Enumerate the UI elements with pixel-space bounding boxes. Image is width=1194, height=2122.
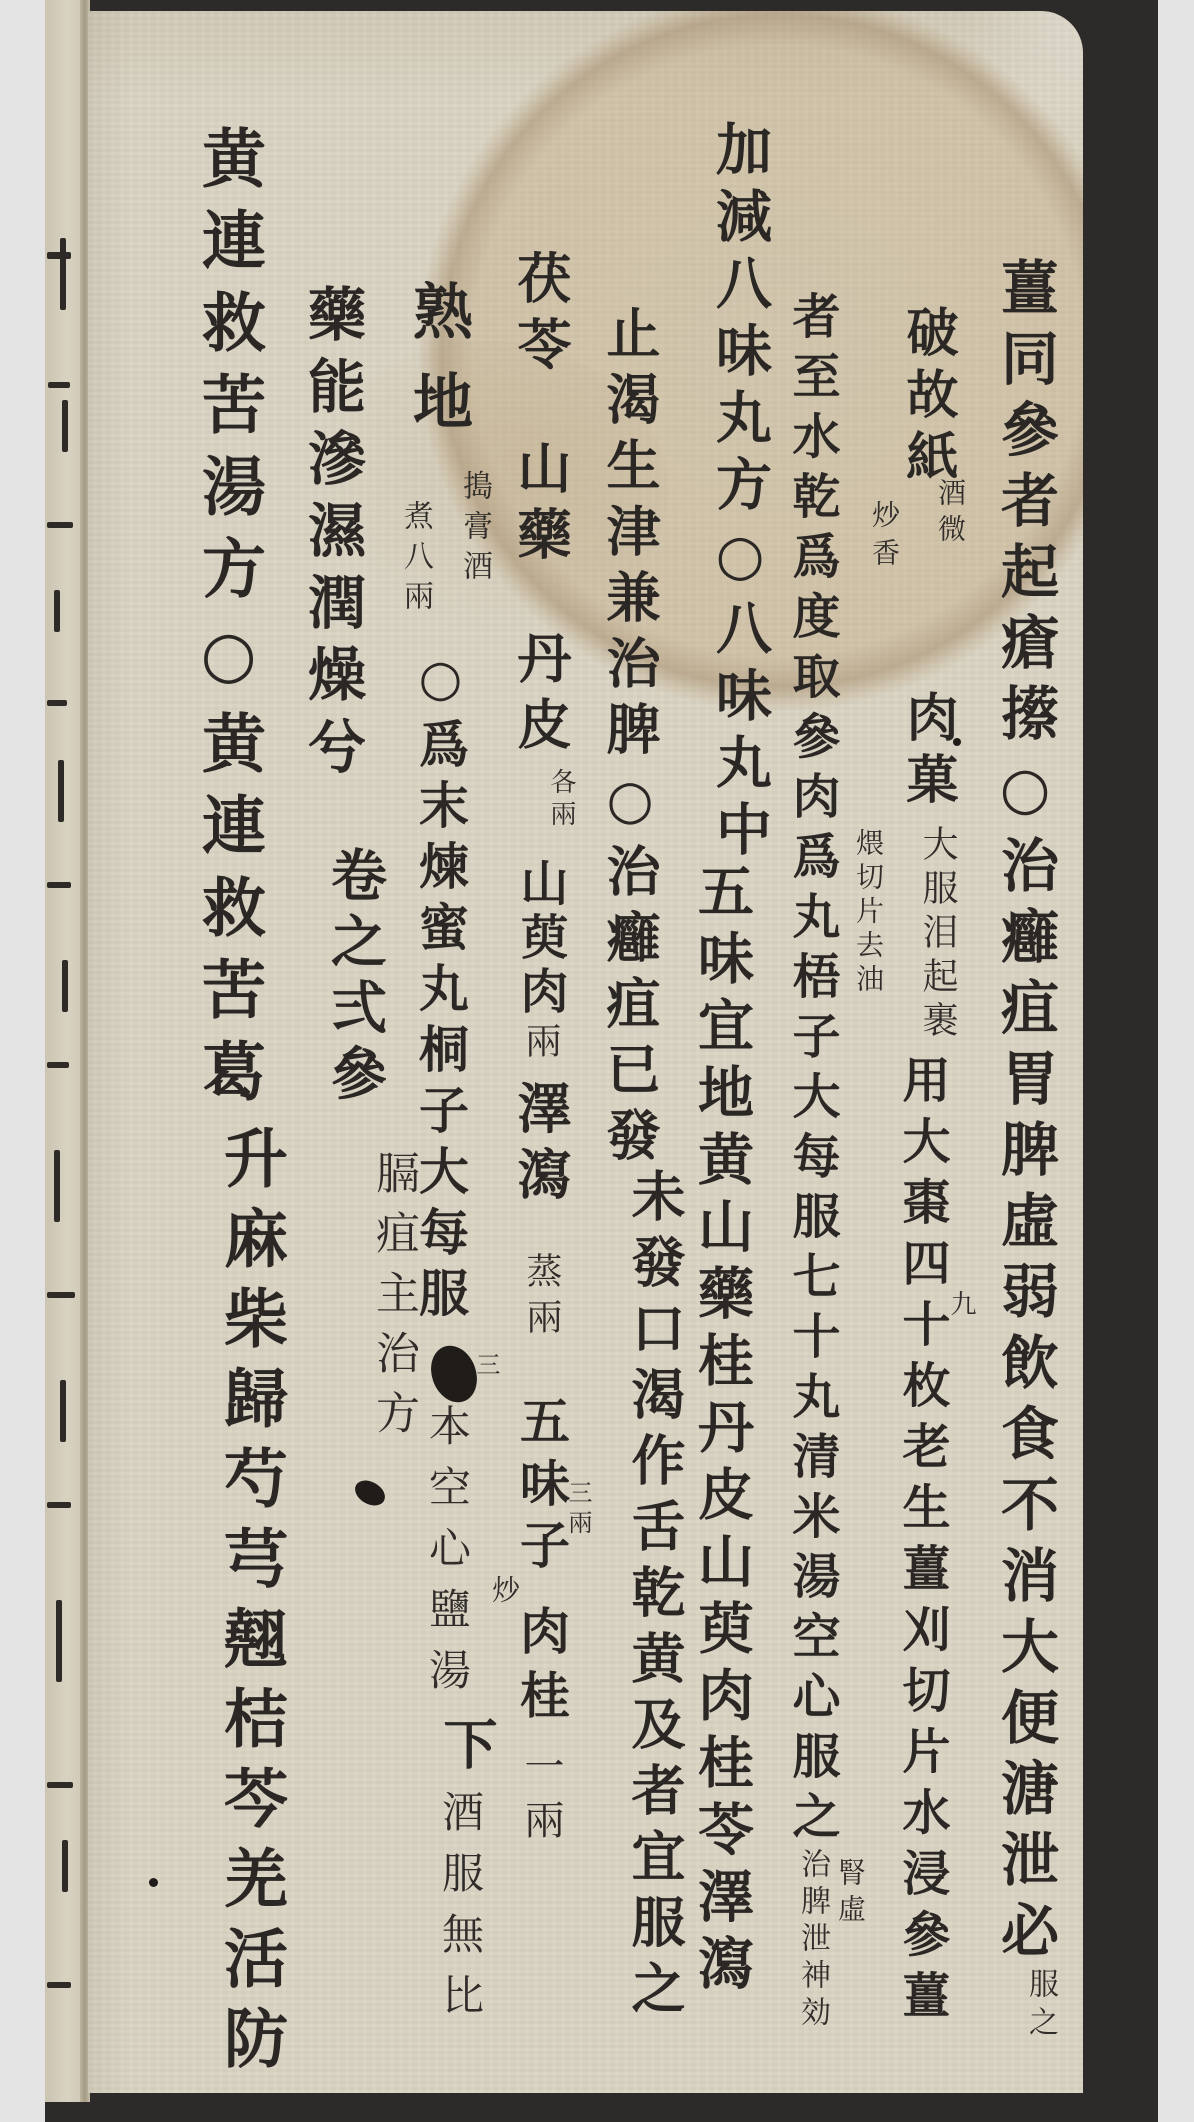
column-6-dosage-note: 蒸兩	[523, 1252, 559, 1344]
neighbor-page-ink-fragment	[60, 1380, 66, 1442]
neighbor-page-ink-fragment	[54, 1150, 60, 1222]
column-2-annotation-left: 炒香	[870, 500, 898, 576]
neighbor-page-ink-fragment	[48, 382, 70, 388]
column-6-ingredient: 山萸肉	[516, 858, 564, 1020]
column-5-main-text-continued: 未發口渴作舌乾黄及者宜服之	[628, 1168, 682, 2026]
neighbor-page-ink-fragment	[47, 1292, 75, 1298]
scan-right-margin	[1158, 0, 1194, 2122]
column-6-ingredient: 澤瀉	[514, 1080, 568, 1212]
neighbor-page-ink-fragment	[62, 400, 68, 452]
ink-dot	[149, 1878, 158, 1887]
column-9-formula-title: 黄連救苦湯方○黄連救苦葛	[196, 125, 260, 1120]
column-3-annotation-right: 腎虛	[836, 1858, 864, 1930]
column-6-ingredient: 丹皮	[514, 630, 568, 762]
column-1-main-text: 薑同參者起瘡攃○治癰疽胃脾虛弱飲食不消大便溏泄必	[996, 257, 1054, 1971]
column-6-preparation-note: 炒	[490, 1575, 518, 1603]
column-2-annotation-left: 煨切片去油	[854, 828, 882, 998]
column-2-main-text: 用大棗四十枚老生薑刈切片水浸參薑	[898, 1055, 946, 2031]
ink-dot	[953, 738, 961, 746]
neighbor-page-ink-fragment	[62, 960, 68, 1012]
column-2-medium-text: 大服泪起裹	[919, 825, 955, 1045]
column-2-herb-name: 破故紙	[901, 305, 953, 491]
column-3-annotation-left: 治脾泄神効	[797, 1848, 827, 2033]
column-1-small-note: 服之	[1025, 1968, 1055, 2044]
column-2-herb-name: 肉菓	[901, 690, 953, 814]
column-8-volume-label: 卷之弍參	[327, 846, 383, 1110]
neighbor-page-ink-fragment	[62, 1840, 68, 1892]
column-6-dosage-note: 各兩	[548, 768, 574, 832]
column-6-ingredient: 茯苓	[514, 250, 568, 382]
column-5-main-text: 止渴生津兼治脾○治癰疽已發	[603, 305, 657, 1173]
neighbor-page-ink-fragment	[47, 252, 71, 259]
column-6-dosage-note: 三兩	[566, 1480, 590, 1540]
neighbor-page-ink-fragment	[58, 760, 64, 822]
neighbor-page-ink-fragment	[47, 522, 73, 528]
column-6-ingredient: 五味子	[516, 1395, 566, 1581]
column-7-medium-text: 本空心鹽湯	[426, 1404, 468, 1709]
column-7-small-note: 三	[474, 1352, 498, 1376]
neighbor-page-ink-fragment	[47, 1502, 71, 1508]
column-6-ingredient: 肉桂	[516, 1605, 566, 1733]
column-7-main-text: 下	[440, 1716, 494, 1770]
neighbor-page-ink-fragment	[47, 1782, 73, 1788]
column-8-main-text: 藥能滲濕潤燥兮	[303, 284, 361, 788]
column-7-annotation-left: 煮八兩	[400, 500, 430, 620]
column-6-ingredient: 山藥	[514, 440, 568, 572]
column-7-medium-text: 酒服無比	[439, 1790, 481, 2034]
neighbor-page-ink-fragment	[56, 1600, 62, 1682]
neighbor-page-ink-fragment	[47, 1982, 71, 1988]
column-3-main-text: 者至水乾爲度取參肉爲丸梧子大每服七十丸清米湯空心服之	[788, 291, 836, 1851]
column-4-main-text: 五味宜地黄山藥桂丹皮山萸肉桂苓澤瀉	[694, 862, 750, 2001]
column-6-dosage-note: 一兩	[521, 1745, 561, 1853]
column-9-main-text: 升麻柴歸芍芎翹桔芩羌活防	[218, 1125, 282, 2085]
column-7-annotation-right: 搗膏酒	[459, 470, 489, 590]
neighbor-page-ink-fragment	[47, 700, 67, 706]
neighbor-page-ink-fragment	[47, 1062, 69, 1068]
page-corner-highlight	[963, 11, 1083, 131]
column-2-inserted-character: 九	[948, 1290, 974, 1316]
neighbor-page-ink-fragment	[54, 590, 60, 632]
neighbor-page-ink-fragment	[47, 882, 71, 888]
scan-left-margin	[0, 0, 45, 2122]
column-7-ingredient: 熟地	[408, 280, 468, 460]
column-6-dosage-note: 兩	[522, 1022, 558, 1058]
column-4-formula-title: 加減八味丸方○八味丸中	[712, 120, 768, 867]
column-8-section-label: 膈疽主治方	[371, 1150, 415, 1450]
column-7-main-text: ○爲末煉蜜丸桐子大每服	[415, 648, 465, 1328]
neighbor-page-ink-fragment	[60, 238, 66, 310]
column-2-annotation-right: 酒微	[936, 478, 964, 550]
